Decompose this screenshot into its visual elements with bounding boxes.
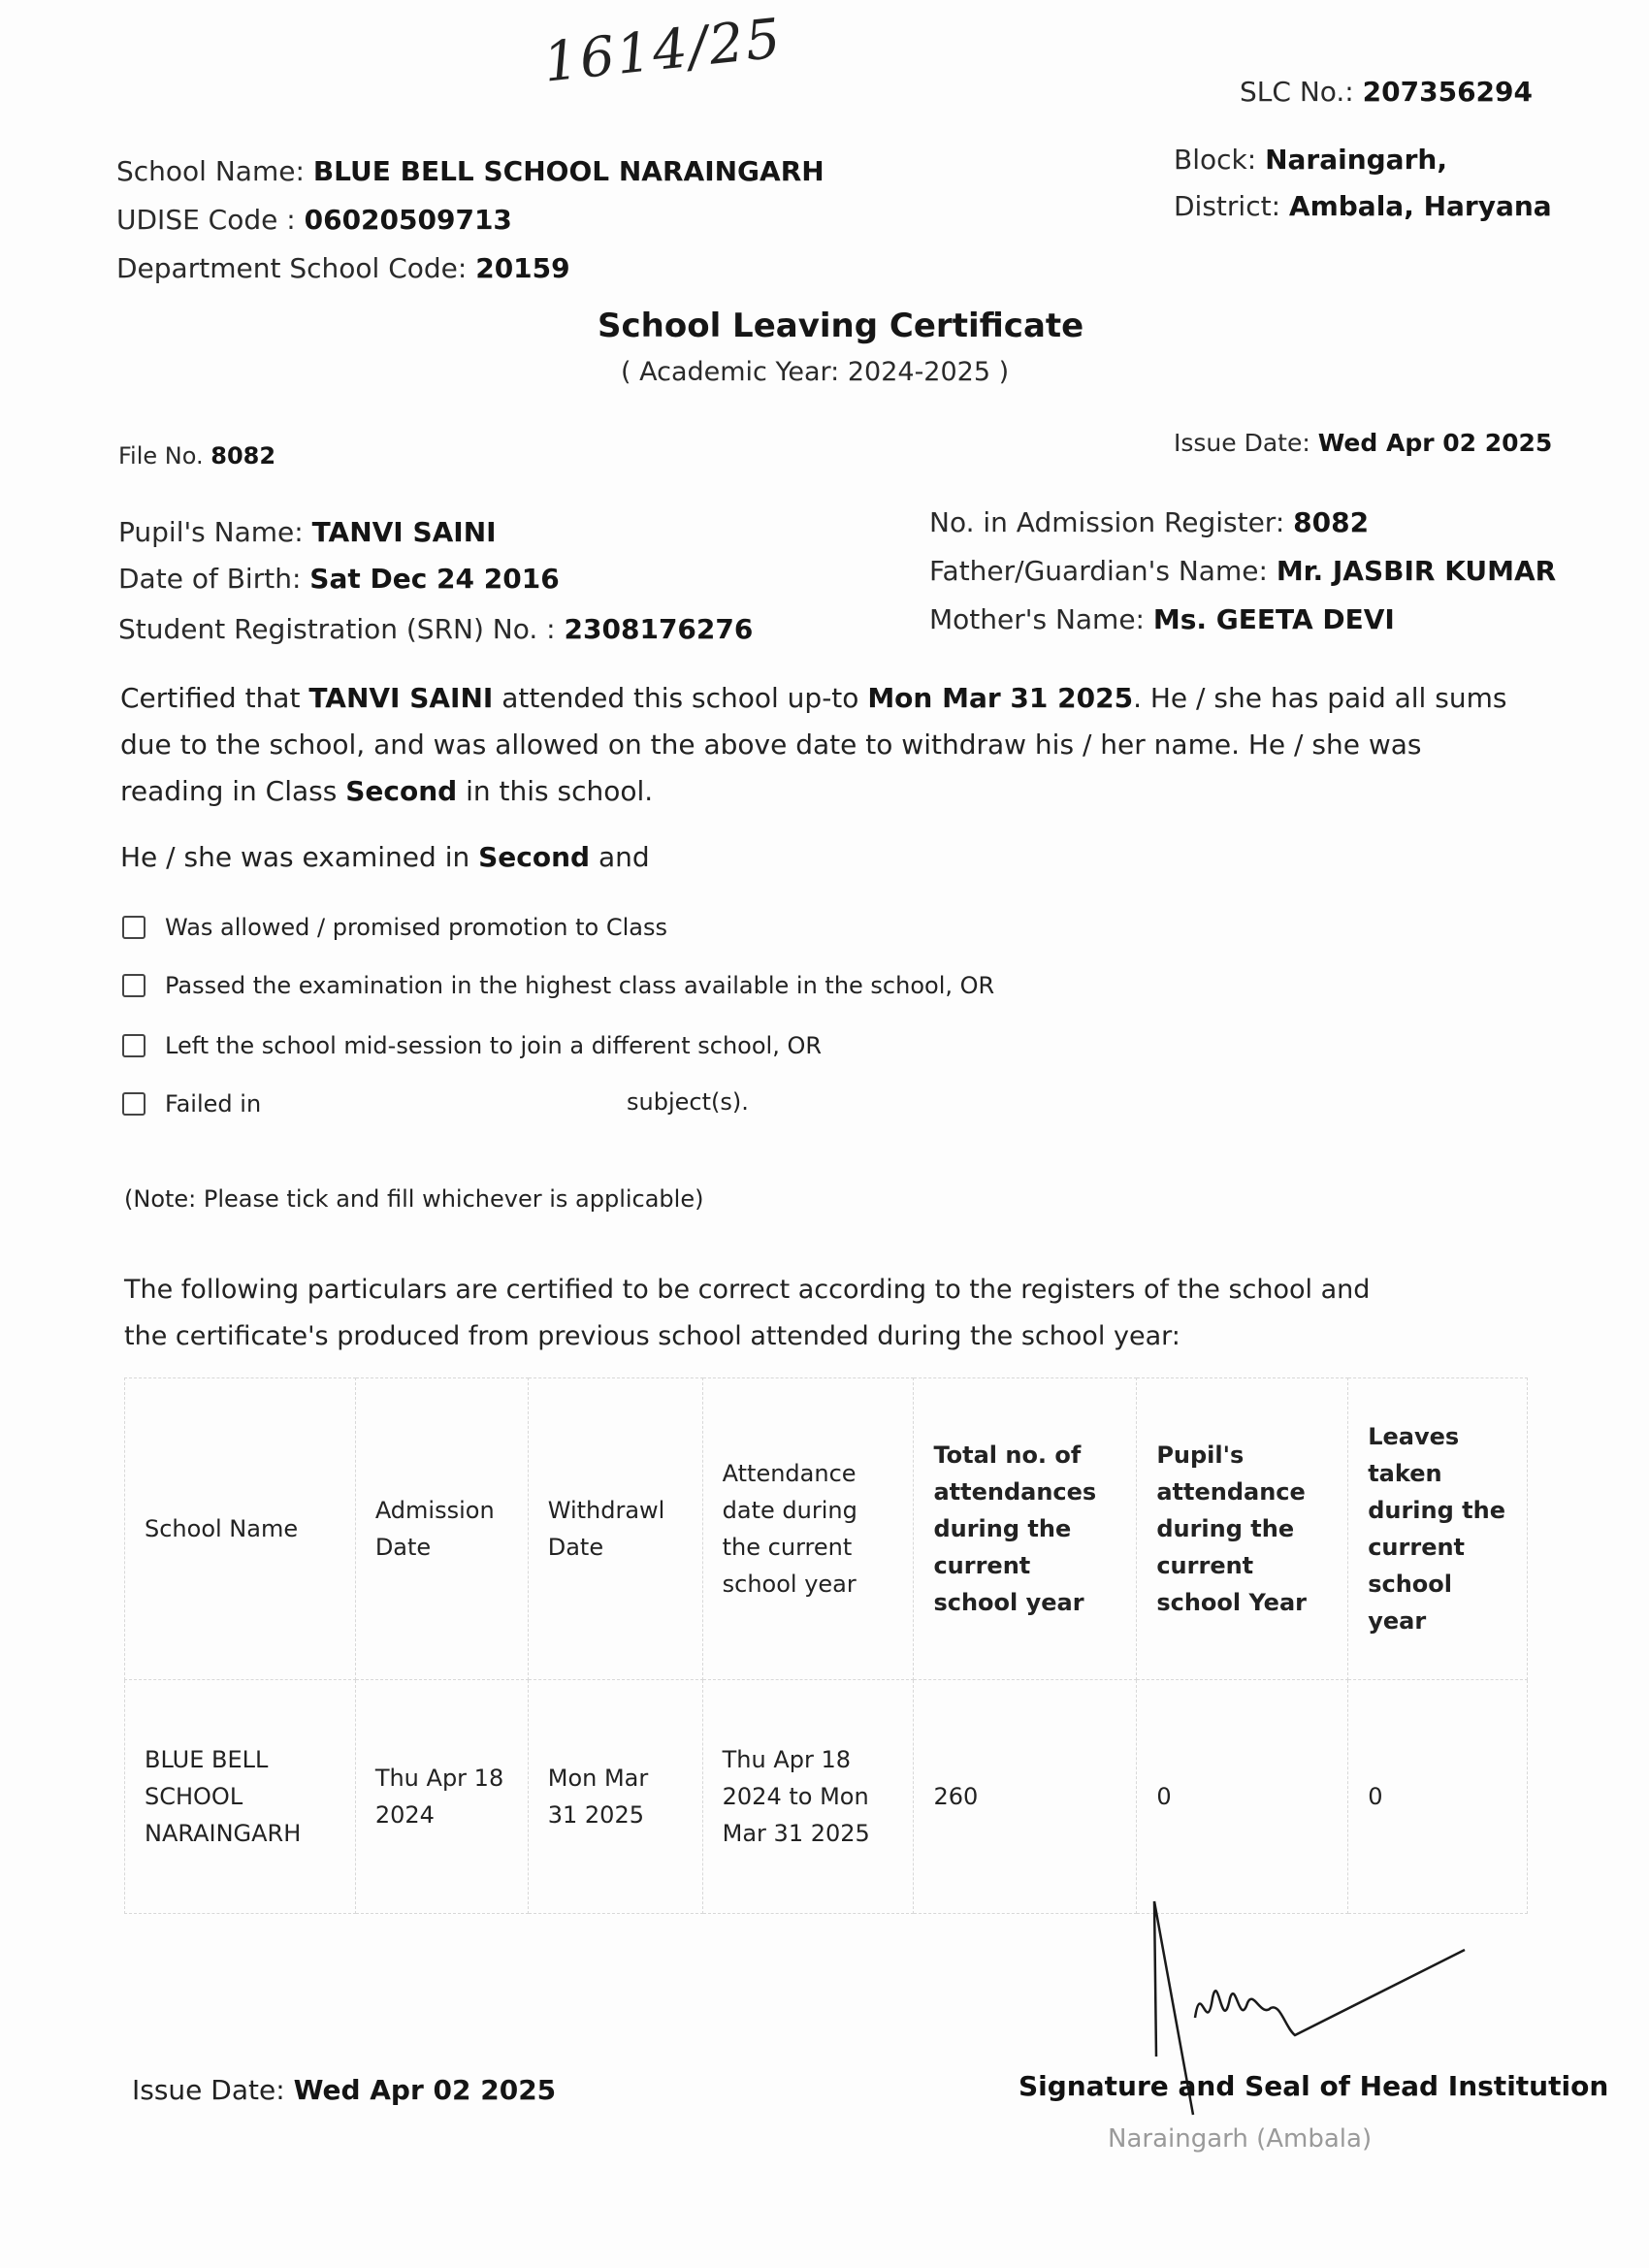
particulars-table: School Name Admission Date Withdrawl Dat… [124,1377,1528,1914]
dept-code-label: Department School Code: [116,252,467,284]
checkbox-icon[interactable] [122,916,145,939]
file-no-value: 8082 [210,442,275,470]
examined-text: and [590,841,650,873]
issue-date-value: Wed Apr 02 2025 [1318,429,1553,457]
particulars-intro: The following particulars are certified … [124,1267,1414,1360]
slc-value: 207356294 [1363,76,1533,108]
examined-text: He / she was examined in [120,841,478,873]
col-header-pupil-attendance: Pupil's attendance during the current sc… [1137,1378,1348,1680]
cert-text: Certified that [120,682,308,714]
srn-label: Student Registration (SRN) No. : [118,613,556,645]
mother-name-value: Ms. GEETA DEVI [1153,603,1395,635]
dob-line: Date of Birth: Sat Dec 24 2016 [118,563,560,595]
cell-leaves-taken: 0 [1348,1680,1528,1914]
srn-line: Student Registration (SRN) No. : 2308176… [118,613,753,645]
certificate-title: School Leaving Certificate [598,307,1083,345]
footer-issue-date-label: Issue Date: [132,2074,285,2106]
father-name-label: Father/Guardian's Name: [929,555,1268,587]
cert-text: in this school. [457,775,653,807]
block-line: Block: Naraingarh, [1174,144,1447,176]
pupil-name-value: TANVI SAINI [312,516,497,548]
school-name-value: BLUE BELL SCHOOL NARAINGARH [313,155,824,187]
admission-no-label: No. in Admission Register: [929,506,1284,538]
failed-subjects-suffix: subject(s). [627,1088,749,1116]
file-number-line: File No. 8082 [118,442,275,470]
option-promotion[interactable]: Was allowed / promised promotion to Clas… [122,914,667,941]
examined-class: Second [478,841,590,873]
certification-paragraph: Certified that TANVI SAINI attended this… [120,675,1517,815]
slc-label: SLC No.: [1240,76,1354,108]
block-label: Block: [1174,144,1256,176]
note-text: (Note: Please tick and fill whichever is… [124,1185,703,1213]
option-left-mid-session[interactable]: Left the school mid-session to join a di… [122,1032,822,1059]
district-value: Ambala, Haryana [1289,190,1552,222]
admission-number-line: No. in Admission Register: 8082 [929,506,1369,538]
district-line: District: Ambala, Haryana [1174,190,1552,222]
table-row: BLUE BELL SCHOOL NARAINGARH Thu Apr 18 2… [125,1680,1528,1914]
seal-text: Naraingarh (Ambala) [1108,2124,1372,2154]
udise-value: 06020509713 [305,204,512,236]
col-header-leaves-taken: Leaves taken during the current school y… [1348,1378,1528,1680]
cert-text: attended this school up-to [493,682,867,714]
udise-label: UDISE Code : [116,204,296,236]
cell-attendance-dates: Thu Apr 18 2024 to Mon Mar 31 2025 [702,1680,914,1914]
dob-label: Date of Birth: [118,563,301,595]
dob-value: Sat Dec 24 2016 [309,563,559,595]
mother-name-line: Mother's Name: Ms. GEETA DEVI [929,603,1395,635]
father-name-line: Father/Guardian's Name: Mr. JASBIR KUMAR [929,555,1556,587]
block-value: Naraingarh, [1265,144,1447,176]
cell-school-name: BLUE BELL SCHOOL NARAINGARH [125,1680,356,1914]
option-label: Failed in [165,1090,261,1118]
mother-name-label: Mother's Name: [929,603,1145,635]
srn-value: 2308176276 [565,613,754,645]
cert-pupil-name: TANVI SAINI [308,682,493,714]
cert-class: Second [345,775,457,807]
col-header-attendance-dates: Attendance date during the current schoo… [702,1378,914,1680]
signature-label: Signature and Seal of Head Institution [1018,2070,1608,2102]
option-label: Was allowed / promised promotion to Clas… [165,914,667,941]
handwritten-note: 1614/25 [540,7,785,94]
file-no-label: File No. [118,442,204,470]
col-header-admission-date: Admission Date [355,1378,528,1680]
checkbox-icon[interactable] [122,1034,145,1057]
table-header-row: School Name Admission Date Withdrawl Dat… [125,1378,1528,1680]
cell-admission-date: Thu Apr 18 2024 [355,1680,528,1914]
school-name-label: School Name: [116,155,305,187]
pupil-name-label: Pupil's Name: [118,516,304,548]
checkbox-icon[interactable] [122,974,145,997]
district-label: District: [1174,190,1280,222]
checkbox-icon[interactable] [122,1092,145,1116]
slc-number-line: SLC No.: 207356294 [1240,76,1533,108]
option-label: Passed the examination in the highest cl… [165,972,994,999]
cell-withdrawl-date: Mon Mar 31 2025 [528,1680,702,1914]
option-passed-highest[interactable]: Passed the examination in the highest cl… [122,972,994,999]
col-header-total-attendances: Total no. of attendances during the curr… [914,1378,1137,1680]
academic-year: ( Academic Year: 2024-2025 ) [621,357,1009,387]
col-header-withdrawl-date: Withdrawl Date [528,1378,702,1680]
admission-no-value: 8082 [1293,506,1369,538]
dept-code-value: 20159 [475,252,569,284]
issue-date-label: Issue Date: [1174,429,1310,457]
examined-line: He / she was examined in Second and [120,834,650,881]
dept-code-line: Department School Code: 20159 [116,252,570,284]
footer-issue-date-value: Wed Apr 02 2025 [294,2074,557,2106]
cert-leaving-date: Mon Mar 31 2025 [867,682,1133,714]
cell-pupil-attendance: 0 [1137,1680,1348,1914]
col-header-school-name: School Name [125,1378,356,1680]
option-label: Left the school mid-session to join a di… [165,1032,822,1059]
footer-issue-date-line: Issue Date: Wed Apr 02 2025 [132,2074,556,2106]
school-name-line: School Name: BLUE BELL SCHOOL NARAINGARH [116,155,824,187]
udise-line: UDISE Code : 06020509713 [116,204,512,236]
pupil-name-line: Pupil's Name: TANVI SAINI [118,516,497,548]
cell-total-attendances: 260 [914,1680,1137,1914]
option-failed[interactable]: Failed in [122,1090,261,1118]
father-name-value: Mr. JASBIR KUMAR [1277,555,1556,587]
issue-date-line: Issue Date: Wed Apr 02 2025 [1174,429,1552,457]
